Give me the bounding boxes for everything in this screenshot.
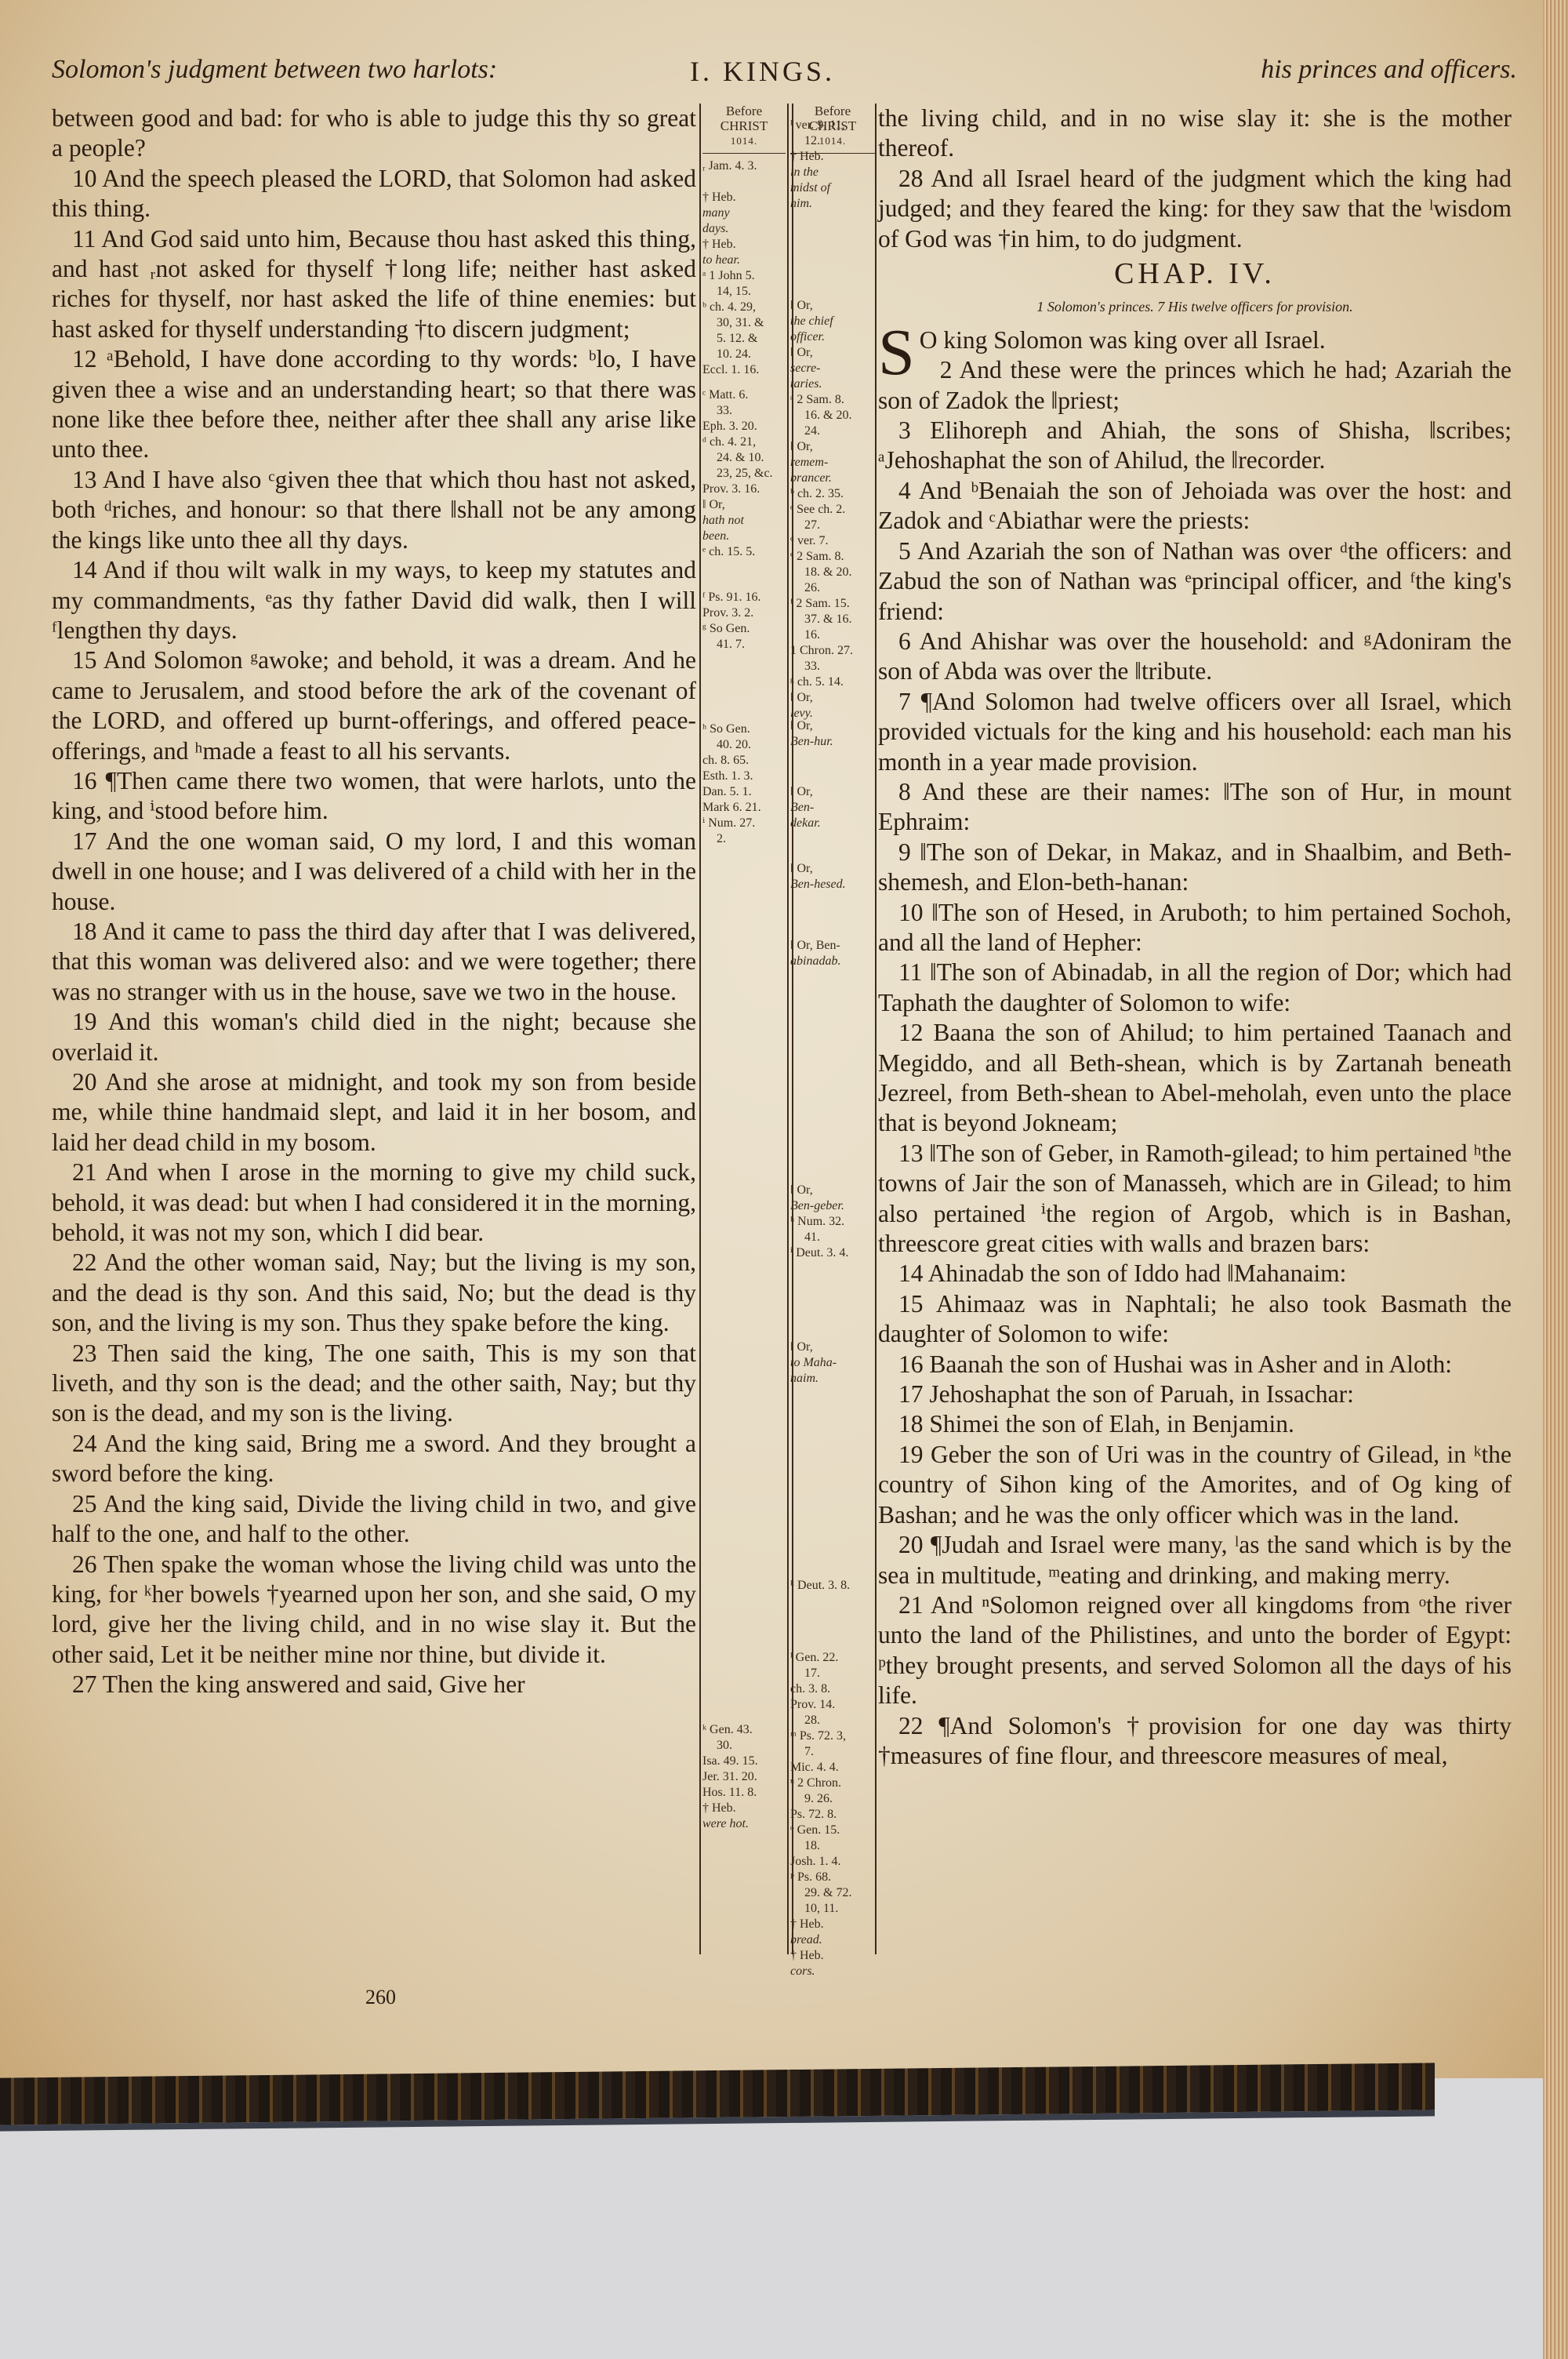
- running-head-right: his princes and officers.: [1261, 55, 1517, 85]
- verse: 21 And ⁿSolomon reigned over all kingdom…: [878, 1590, 1512, 1711]
- verse: 8 And these are their names: ‖The son of…: [878, 777, 1512, 838]
- margin-note: ‖ Or,Ben-geber.ʰ Num. 32.41.ⁱ Deut. 3. 4…: [790, 1183, 875, 1261]
- verse: 6 And Ahishar was over the household: an…: [878, 627, 1512, 687]
- page-number: 260: [365, 1986, 396, 2009]
- verse: 13 ‖The son of Geber, in Ramoth-gilead; …: [878, 1139, 1512, 1259]
- verse: 26 Then spake the woman whose the living…: [52, 1550, 696, 1670]
- verse: 18 Shimei the son of Elah, in Benjamin.: [878, 1409, 1512, 1439]
- verse: 15 And Solomon ᵍawoke; and behold, it wa…: [52, 645, 696, 766]
- running-header: Solomon's judgment between two harlots: …: [0, 55, 1548, 94]
- margin-note: ‖ Or,to Maha-naim.: [790, 1339, 875, 1387]
- verse: 20 ¶Judah and Israel were many, ˡas the …: [878, 1530, 1512, 1590]
- verse: 19 And this woman's child died in the ni…: [52, 1007, 696, 1067]
- verse: 16 Baanah the son of Hushai was in Asher…: [878, 1350, 1512, 1379]
- margin-note: ᶠ Ps. 91. 16.Prov. 3. 2.ᵍ So Gen.41. 7.: [702, 590, 786, 652]
- margin-note: ᵏ Gen. 43.30.Isa. 49. 15.Jer. 31. 20.Hos…: [702, 1722, 786, 1832]
- verse: 7 ¶And Solomon had twelve officers over …: [878, 687, 1512, 777]
- margin-note: ˡ ver. 9, 11,12.† Heb.in themidst ofhim.: [790, 118, 875, 212]
- margin-note: ‖ Or,Ben-dekar.: [790, 784, 875, 831]
- date-header: Before CHRIST 1014.: [702, 104, 786, 154]
- verse: 14 And if thou wilt walk in my ways, to …: [52, 555, 696, 645]
- drop-cap: S: [878, 325, 915, 380]
- margin-references-right: Before CHRIST 1014. ˡ ver. 9, 11,12.† He…: [790, 104, 875, 158]
- verse: 11 And God said unto him, Because thou h…: [52, 224, 696, 345]
- verse: 10 ‖The son of Hesed, in Aruboth; to him…: [878, 898, 1512, 958]
- verse: 14 Ahinadab the son of Iddo had ‖Mahanai…: [878, 1259, 1512, 1289]
- verse: 16 ¶Then came there two women, that were…: [52, 766, 696, 827]
- verse: 4 And ᵇBenaiah the son of Jehoiada was o…: [878, 476, 1512, 536]
- margin-note: ˡ Gen. 22.17.ch. 3. 8.Prov. 14.28.ᵐ Ps. …: [790, 1650, 875, 1979]
- left-text-column: between good and bad: for who is able to…: [52, 104, 696, 1700]
- verse: 20 And she arose at midnight, and took m…: [52, 1067, 696, 1158]
- right-text-column: the living child, and in no wise slay it…: [878, 104, 1512, 1771]
- verse: 2 And these were the princes which he ha…: [878, 355, 1512, 416]
- verse: 27 Then the king answered and said, Give…: [52, 1670, 696, 1699]
- margin-note: † Heb.to hear.ᵃ 1 John 5.14, 15.ᵇ ch. 4.…: [702, 237, 786, 378]
- verse: 17 Jehoshaphat the son of Paruah, in Iss…: [878, 1379, 1512, 1409]
- verse: 12 Baana the son of Ahilud; to him perta…: [878, 1018, 1512, 1139]
- verse: 23 Then said the king, The one saith, Th…: [52, 1339, 696, 1429]
- verse: 19 Geber the son of Uri was in the count…: [878, 1440, 1512, 1530]
- margin-note: ᶜ Matt. 6.33.Eph. 3. 20.ᵈ ch. 4. 21,24. …: [702, 387, 786, 560]
- margin-note: ‖ Or,the chiefofficer.‖ Or,secre-taries.…: [790, 298, 875, 722]
- margin-note: ‖ Or, Ben-abinadab.: [790, 938, 875, 969]
- margin-note: ʰ So Gen.40. 20.ch. 8. 65.Esth. 1. 3.Dan…: [702, 722, 786, 847]
- chapter-heading: CHAP. IV.: [878, 259, 1512, 289]
- page-edges: [1543, 0, 1568, 2359]
- verse: 12 ᵃBehold, I have done according to thy…: [52, 344, 696, 465]
- margin-note: ᵏ Deut. 3. 8.: [790, 1578, 875, 1594]
- verse: between good and bad: for who is able to…: [52, 104, 696, 164]
- verse: 15 Ahimaaz was in Naphtali; he also took…: [878, 1289, 1512, 1350]
- margin-note: ᵣ Jam. 4. 3.: [702, 158, 786, 174]
- verse: 22 And the other woman said, Nay; but th…: [52, 1248, 696, 1338]
- column-rule: [699, 104, 701, 1954]
- verse: 10 And the speech pleased the LORD, that…: [52, 164, 696, 224]
- margin-note: † Heb.manydays.: [702, 190, 786, 237]
- verse: 9 ‖The son of Dekar, in Makaz, and in Sh…: [878, 838, 1512, 898]
- book-title: I. KINGS.: [690, 55, 835, 88]
- verse: 5 And Azariah the son of Nathan was over…: [878, 536, 1512, 627]
- margin-note: ‖ Or,Ben-hur.: [790, 718, 875, 750]
- verse: 22 ¶And Solomon's †provision for one day…: [878, 1711, 1512, 1772]
- verse: 28 And all Israel heard of the judgment …: [878, 164, 1512, 254]
- verse: 18 And it came to pass the third day aft…: [52, 917, 696, 1007]
- verse: 11 ‖The son of Abinadab, in all the regi…: [878, 958, 1512, 1018]
- chapter-summary: 1 Solomon's princes. 7 His twelve office…: [878, 292, 1512, 322]
- running-head-left: Solomon's judgment between two harlots:: [52, 55, 497, 85]
- verse: 24 And the king said, Bring me a sword. …: [52, 1429, 696, 1489]
- column-rule: [787, 104, 789, 1954]
- verse: 13 And I have also ᶜgiven thee that whic…: [52, 465, 696, 555]
- verse: the living child, and in no wise slay it…: [878, 104, 1512, 164]
- verse: 3 Elihoreph and Ahiah, the sons of Shish…: [878, 416, 1512, 476]
- verse: 25 And the king said, Divide the living …: [52, 1489, 696, 1550]
- margin-note: ‖ Or,Ben-hesed.: [790, 861, 875, 892]
- verse: 21 And when I arose in the morning to gi…: [52, 1158, 696, 1248]
- verse: 17 And the one woman said, O my lord, I …: [52, 827, 696, 917]
- column-rule: [875, 104, 877, 1954]
- margin-references-left: Before CHRIST 1014. ᵣ Jam. 4. 3.† Heb.ma…: [702, 104, 786, 158]
- verse: SO king Solomon was king over all Israel…: [878, 325, 1512, 355]
